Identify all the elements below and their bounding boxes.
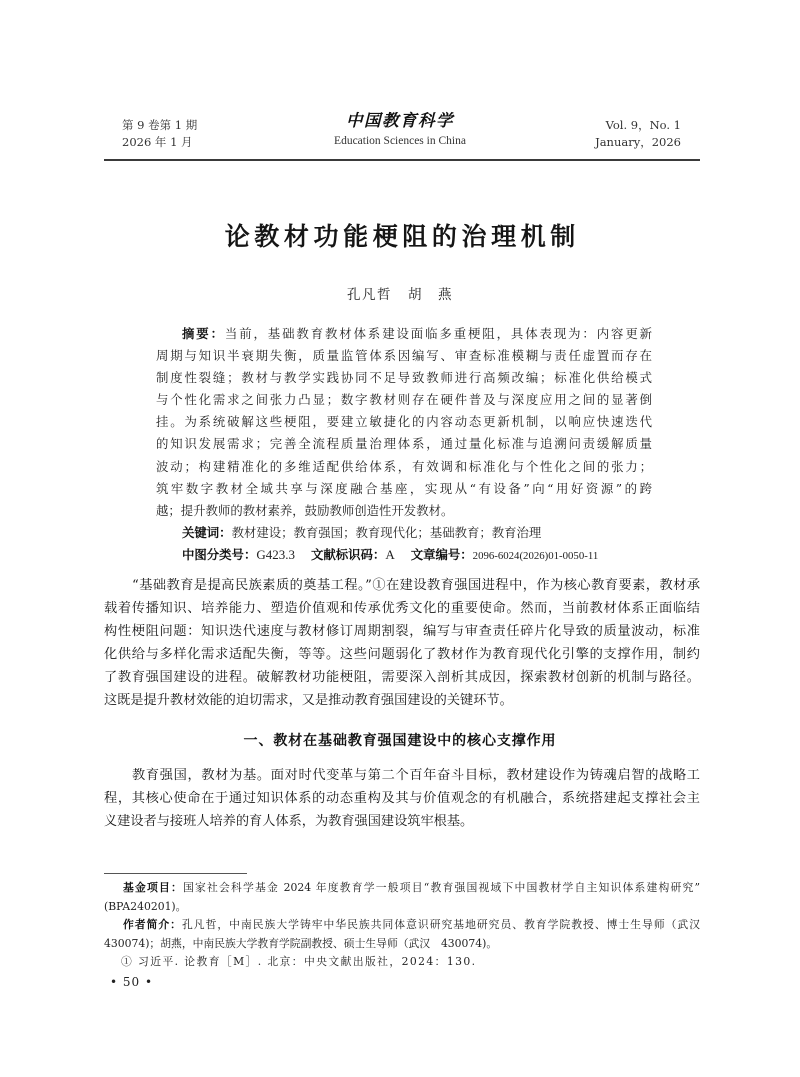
section-paragraph: 教育强国，教材为基。面对时代变革与第二个百年奋斗目标，教材建设作为铸魂启智的战略… <box>104 764 700 833</box>
author-bio-text: 孔凡哲，中南民族大学铸牢中华民族共同体意识研究基地研究员、教育学院教授、博士生导… <box>182 918 700 931</box>
volume-number: Vol. 9，No. 1 <box>595 117 681 134</box>
abstract-line: 与个性化需求之间张力凸显；数字教材则存在硬件普及与深度应用之间的显著倒 <box>156 389 652 411</box>
keywords-line: 关键词：教材建设；教育强国；教育现代化；基础教育；教育治理 <box>156 522 652 544</box>
article-no-value: 2096-6024(2026)01-0050-11 <box>473 550 599 562</box>
paragraph-line: 载着传播知识、培养能力、塑造价值观和传承优秀文化的重要使命。然而，当前教材体系正… <box>104 597 700 620</box>
author-list: 孔凡哲胡 燕 <box>0 286 800 304</box>
paragraph-line: 化供给与多样化需求适配失衡，等等。这些问题弱化了教材作为教育现代化引擎的支撑作用… <box>104 643 700 666</box>
opening-quote: “基础教育是提高民族素质的奠基工程。” <box>132 578 372 593</box>
paragraph-line: “基础教育是提高民族素质的奠基工程。”①在建设教育强国进程中，作为核心教育要素，… <box>104 574 700 597</box>
doc-code-value: A <box>385 547 394 562</box>
author-bio-label: 作者简介： <box>123 918 182 931</box>
paragraph-text: 在建设教育强国进程中，作为核心教育要素，教材承 <box>386 578 700 593</box>
fund-text: 国家社会科学基金 2024 年度教育学一般项目“教育强国视域下中国教材学自主知识… <box>183 881 700 894</box>
section-heading: 一、教材在基础教育强国建设中的核心支撑作用 <box>0 730 800 752</box>
abstract-text: 当前，基础教育教材体系建设面临多重梗阻，具体表现为：内容更新 <box>225 326 652 341</box>
issue-date-en: January，2026 <box>595 134 681 151</box>
footnote-ref: ① <box>372 578 386 593</box>
reference-item: ① 习近平. 论教育［M］. 北京：中央文献出版社，2024：130. <box>104 953 700 972</box>
abstract-label: 摘要： <box>182 326 225 341</box>
paragraph-line: 构性梗阻问题：知识迭代速度与教材修订周期割裂，编写与审查责任碎片化导致的质量波动… <box>104 620 700 643</box>
author-name: 孔凡哲 <box>347 287 392 303</box>
running-header-left: 第 9 卷第 1 期 2026 年 1 月 <box>122 117 197 151</box>
journal-masthead: 中国教育科学 Education Sciences in China <box>250 111 550 150</box>
fund-note-line: (BPA240201)。 <box>104 898 700 917</box>
abstract-line: 的知识发展需求；完善全流程质量治理体系，通过量化标准与追溯问责缓解质量 <box>156 433 652 455</box>
fund-label: 基金项目： <box>123 881 183 894</box>
abstract-line: 制度性裂缝；教材与教学实践协同不足导致教师进行高频改编；标准化供给模式 <box>156 367 652 389</box>
abstract-line: 挂。为系统破解这些梗阻，要建立敏捷化的内容动态更新机制，以响应快速迭代 <box>156 411 652 433</box>
keywords-text: 教材建设；教育强国；教育现代化；基础教育；教育治理 <box>232 525 542 540</box>
abstract-line: 周期与知识半衰期失衡，质量监管体系因编写、审查标准模糊与责任虚置而存在 <box>156 345 652 367</box>
issue-date-cn: 2026 年 1 月 <box>122 134 197 151</box>
author-bio-line: 430074)；胡燕，中南民族大学教育学院副教授、硕士生导师（武汉 430074… <box>104 935 700 954</box>
footnote-divider <box>104 873 247 874</box>
journal-logo-cn: 中国教育科学 <box>250 111 550 131</box>
issue-number: 第 9 卷第 1 期 <box>122 117 197 134</box>
doc-code-label: 文献标识码： <box>311 547 385 562</box>
paragraph-line: 义建设者与接班人培养的育人体系，为教育强国建设筑牢根基。 <box>104 810 700 833</box>
article-title: 论教材功能梗阻的治理机制 <box>0 222 800 252</box>
clc-value: G423.3 <box>256 547 295 562</box>
classification-line: 中图分类号：G423.3文献标识码：A文章编号：2096-6024(2026)0… <box>156 544 652 566</box>
article-no-label: 文章编号： <box>411 547 473 562</box>
reference-marker: ① <box>121 955 133 968</box>
reference-text: 习近平. 论教育［M］. 北京：中央文献出版社，2024：130. <box>138 955 476 968</box>
clc-label: 中图分类号： <box>182 547 256 562</box>
paragraph-line: 程，其核心使命在于通过知识体系的动态重构及其与价值观念的有机融合，系统搭建起支撑… <box>104 787 700 810</box>
paragraph-line: 教育强国，教材为基。面对时代变革与第二个百年奋斗目标，教材建设作为铸魂启智的战略… <box>104 764 700 787</box>
journal-name-en: Education Sciences in China <box>250 133 550 150</box>
abstract-line: 摘要：当前，基础教育教材体系建设面临多重梗阻，具体表现为：内容更新 <box>156 323 652 345</box>
page-number: • 50 • <box>110 973 153 991</box>
abstract-line: 波动；构建精准化的多维适配供给体系，有效调和标准化与个性化之间的张力； <box>156 456 652 478</box>
intro-paragraph: “基础教育是提高民族素质的奠基工程。”①在建设教育强国进程中，作为核心教育要素，… <box>104 574 700 712</box>
author-bio-line: 作者简介：孔凡哲，中南民族大学铸牢中华民族共同体意识研究基地研究员、教育学院教授… <box>104 916 700 935</box>
abstract-line: 越；提升教师的教材素养，鼓励教师创造性开发教材。 <box>156 500 652 522</box>
fund-note-line: 基金项目：国家社会科学基金 2024 年度教育学一般项目“教育强国视域下中国教材… <box>104 879 700 898</box>
paragraph-line: 这既是提升教材效能的迫切需求，又是推动教育强国建设的关键环节。 <box>104 689 700 712</box>
abstract-block: 摘要：当前，基础教育教材体系建设面临多重梗阻，具体表现为：内容更新 周期与知识半… <box>156 323 652 566</box>
header-divider <box>104 159 700 161</box>
footnotes-block: 基金项目：国家社会科学基金 2024 年度教育学一般项目“教育强国视域下中国教材… <box>104 879 700 972</box>
author-name: 胡 燕 <box>408 287 453 303</box>
abstract-line: 筑牢数字教材全域共享与深度融合基座，实现从“有设备”向“用好资源”的跨 <box>156 478 652 500</box>
paragraph-line: 了教育强国建设的进程。破解教材功能梗阻，需要深入剖析其成因，探索教材创新的机制与… <box>104 666 700 689</box>
running-header-right: Vol. 9，No. 1 January，2026 <box>595 117 681 151</box>
keywords-label: 关键词： <box>182 525 232 540</box>
